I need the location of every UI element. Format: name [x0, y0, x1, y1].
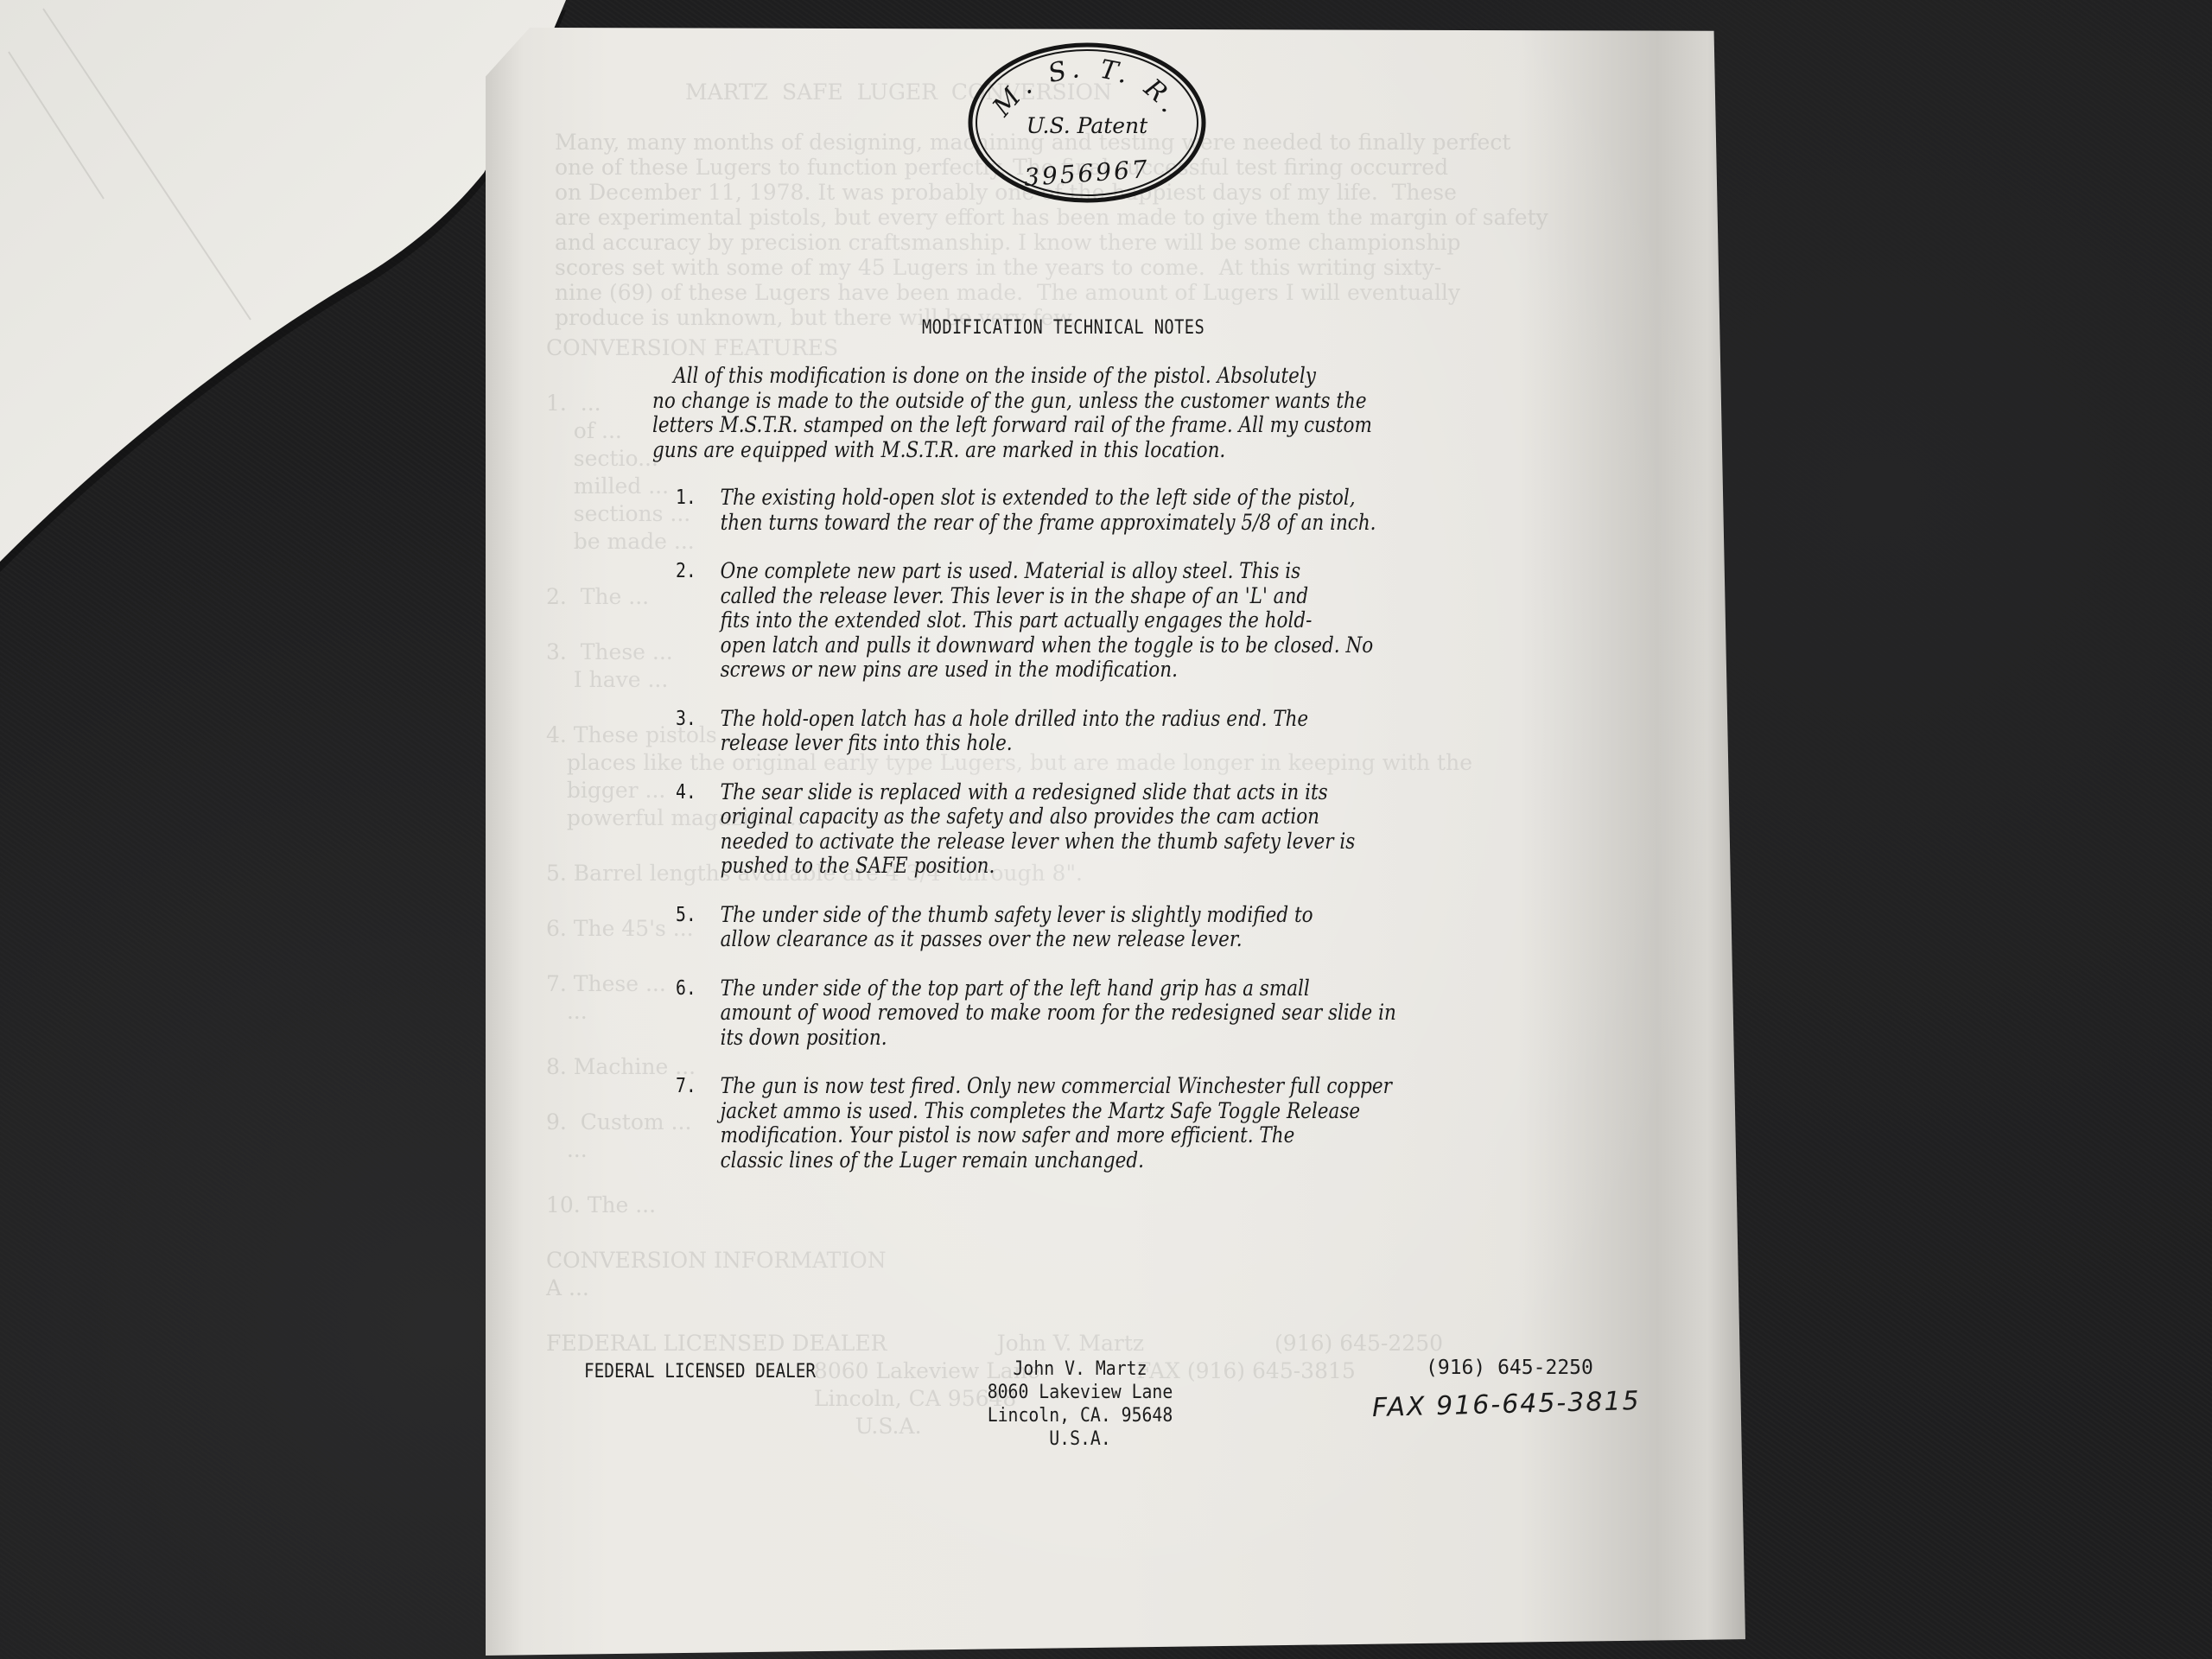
- list-item: 1.The existing hold-open slot is extende…: [676, 486, 1396, 535]
- item-number: 1.: [676, 486, 696, 511]
- dealer-label: FEDERAL LICENSED DEALER: [584, 1361, 816, 1382]
- item-line: its down position.: [721, 1026, 1396, 1051]
- item-number: 5.: [676, 903, 696, 928]
- item-number: 4.: [676, 780, 696, 805]
- dealer-address: John V. Martz 8060 Lakeview Lane Lincoln…: [971, 1357, 1189, 1451]
- item-text: The gun is now test fired. Only new comm…: [721, 1074, 1396, 1173]
- item-line: The under side of the thumb safety lever…: [721, 903, 1396, 928]
- list-item: 4.The sear slide is replaced with a rede…: [676, 780, 1396, 879]
- address-line-name: John V. Martz: [971, 1357, 1189, 1381]
- item-text: One complete new part is used. Material …: [721, 559, 1396, 683]
- item-line: The gun is now test fired. Only new comm…: [721, 1074, 1396, 1099]
- numbered-steps-list: 1.The existing hold-open slot is extende…: [676, 486, 1396, 1197]
- item-number: 7.: [676, 1074, 696, 1099]
- list-item: 5.The under side of the thumb safety lev…: [676, 903, 1396, 952]
- item-number: 6.: [676, 976, 696, 1001]
- item-line: The hold-open latch has a hole drilled i…: [721, 707, 1396, 732]
- item-line: open latch and pulls it downward when th…: [721, 633, 1396, 658]
- stamp-middle-text: U.S. Patent: [1027, 113, 1148, 138]
- item-line: called the release lever. This lever is …: [721, 584, 1396, 609]
- item-line: The under side of the top part of the le…: [721, 976, 1396, 1001]
- list-item: 6.The under side of the top part of the …: [676, 976, 1396, 1051]
- item-text: The sear slide is replaced with a redesi…: [721, 780, 1396, 879]
- item-text: The hold-open latch has a hole drilled i…: [721, 707, 1396, 756]
- item-line: jacket ammo is used. This completes the …: [721, 1099, 1396, 1124]
- item-text: The existing hold-open slot is extended …: [721, 486, 1396, 535]
- item-line: One complete new part is used. Material …: [721, 559, 1396, 584]
- intro-line: guns are equipped with M.S.T.R. are mark…: [652, 438, 1372, 463]
- stamp-patent-number: 3956967: [1023, 155, 1151, 192]
- item-number: 2.: [676, 559, 696, 584]
- item-line: amount of wood removed to make room for …: [721, 1001, 1396, 1026]
- list-item: 2.One complete new part is used. Materia…: [676, 559, 1396, 683]
- item-text: The under side of the top part of the le…: [721, 976, 1396, 1051]
- phone-number: (916) 645-2250: [1426, 1357, 1593, 1379]
- item-line: fits into the extended slot. This part a…: [721, 608, 1396, 633]
- item-line: allow clearance as it passes over the ne…: [721, 927, 1396, 952]
- address-line-city: Lincoln, CA. 95648: [971, 1404, 1189, 1427]
- intro-paragraph: All of this modification is done on the …: [652, 364, 1372, 462]
- item-number: 3.: [676, 707, 696, 732]
- item-line: classic lines of the Luger remain unchan…: [721, 1148, 1396, 1173]
- intro-line: All of this modification is done on the …: [652, 364, 1372, 389]
- intro-line: no change is made to the outside of the …: [652, 389, 1372, 414]
- document-title: MODIFICATION TECHNICAL NOTES: [922, 317, 1205, 339]
- item-line: release lever fits into this hole.: [721, 731, 1396, 756]
- item-line: needed to activate the release lever whe…: [721, 829, 1396, 855]
- patent-stamp: M. S. T. R. U.S. Patent 3956967: [957, 36, 1217, 209]
- item-line: modification. Your pistol is now safer a…: [721, 1123, 1396, 1148]
- item-text: The under side of the thumb safety lever…: [721, 903, 1396, 952]
- item-line: then turns toward the rear of the frame …: [721, 511, 1396, 536]
- item-line: The existing hold-open slot is extended …: [721, 486, 1396, 511]
- list-item: 7.The gun is now test fired. Only new co…: [676, 1074, 1396, 1173]
- intro-line: letters M.S.T.R. stamped on the left for…: [652, 413, 1372, 438]
- item-line: The sear slide is replaced with a redesi…: [721, 780, 1396, 805]
- list-item: 3.The hold-open latch has a hole drilled…: [676, 707, 1396, 756]
- item-line: original capacity as the safety and also…: [721, 804, 1396, 829]
- address-line-street: 8060 Lakeview Lane: [971, 1381, 1189, 1404]
- address-line-country: U.S.A.: [971, 1427, 1189, 1451]
- item-line: pushed to the SAFE position.: [721, 854, 1396, 879]
- item-line: screws or new pins are used in the modif…: [721, 658, 1396, 683]
